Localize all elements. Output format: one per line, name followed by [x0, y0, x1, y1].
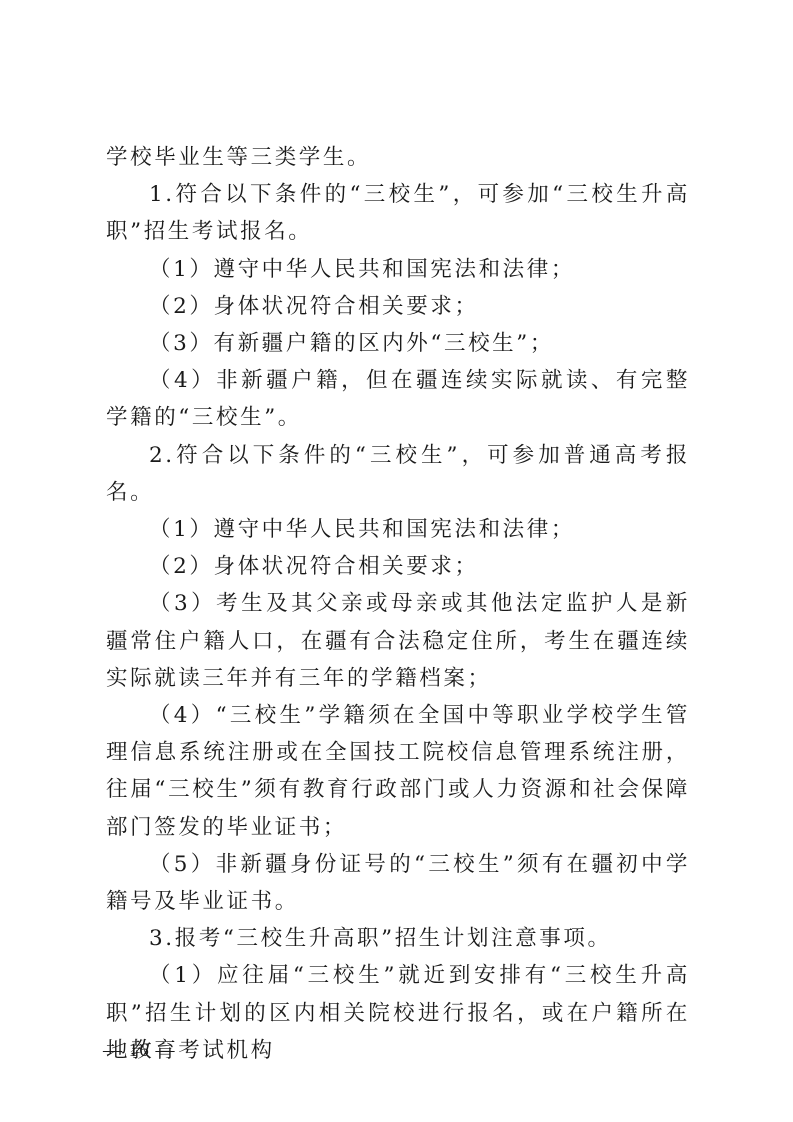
paragraph-item-2-4: （4）“三校生”学籍须在全国中等职业学校学生管理信息系统注册或在全国技工院校信息…: [106, 697, 690, 846]
paragraph-item-2-3: （3）考生及其父亲或母亲或其他法定监护人是新疆常住户籍人口，在疆有合法稳定住所，…: [106, 585, 690, 697]
paragraph-item-1-1: （1）遵守中华人民共和国宪法和法律；: [106, 251, 690, 288]
paragraph-continuation: 学校毕业生等三类学生。: [106, 139, 690, 176]
paragraph-item-1-3: （3）有新疆户籍的区内外“三校生”；: [106, 325, 690, 362]
paragraph-item-2-2: （2）身体状况符合相关要求；: [106, 548, 690, 585]
paragraph-item-1-heading: 1.符合以下条件的“三校生”，可参加“三校生升高职”招生考试报名。: [106, 176, 690, 250]
page-number: — 16 —: [103, 1040, 176, 1062]
paragraph-item-2-heading: 2.符合以下条件的“三校生”，可参加普通高考报名。: [106, 437, 690, 511]
document-body: 学校毕业生等三类学生。 1.符合以下条件的“三校生”，可参加“三校生升高职”招生…: [106, 139, 690, 1069]
paragraph-item-3-heading: 3.报考“三校生升高职”招生计划注意事项。: [106, 920, 690, 957]
paragraph-item-3-1: （1）应往届“三校生”就近到安排有“三校生升高职”招生计划的区内相关院校进行报名…: [106, 957, 690, 1069]
paragraph-item-2-1: （1）遵守中华人民共和国宪法和法律；: [106, 511, 690, 548]
paragraph-item-1-4: （4）非新疆户籍，但在疆连续实际就读、有完整学籍的“三校生”。: [106, 362, 690, 436]
paragraph-item-2-5: （5）非新疆身份证号的“三校生”须有在疆初中学籍号及毕业证书。: [106, 846, 690, 920]
paragraph-item-1-2: （2）身体状况符合相关要求；: [106, 288, 690, 325]
